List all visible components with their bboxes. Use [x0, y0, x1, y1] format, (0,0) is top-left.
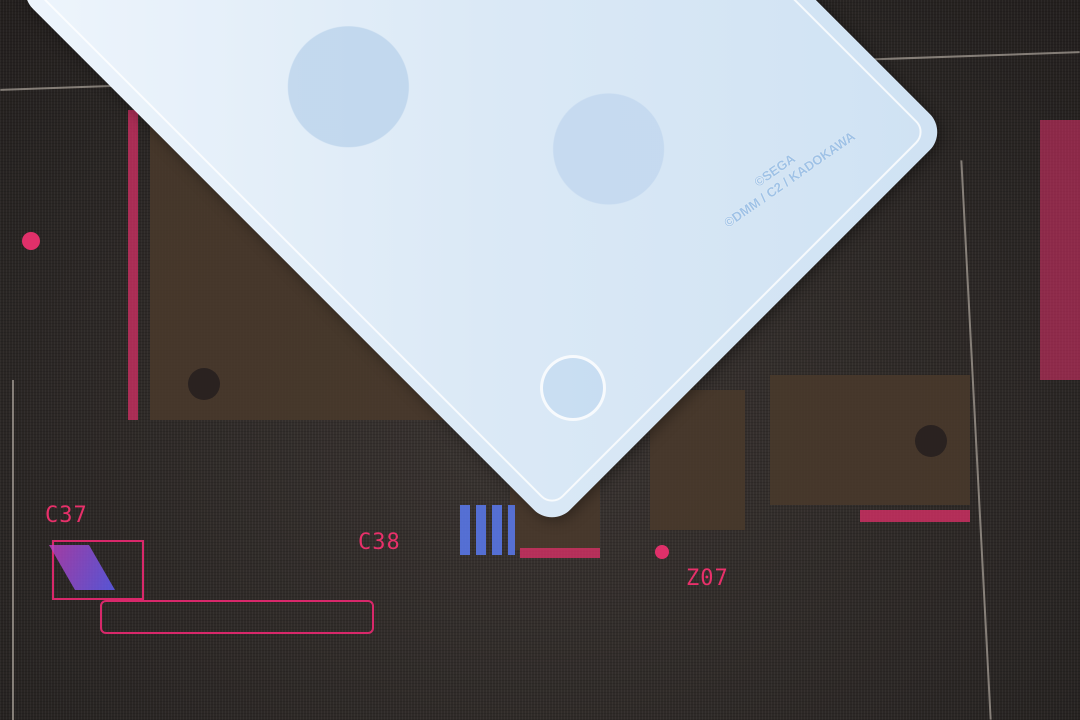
pin-row [520, 548, 600, 558]
silkscreen-label: C37 [45, 503, 88, 528]
chip-dot [915, 425, 947, 457]
connector-outline [100, 600, 374, 634]
pin-row [128, 110, 138, 420]
pin-block [1040, 120, 1080, 380]
chip-dot [188, 368, 220, 400]
via-dot [655, 545, 669, 559]
mat-gridline [12, 380, 14, 720]
via-dot [22, 232, 40, 250]
component-fill [460, 505, 515, 555]
pin-row [860, 510, 970, 522]
silkscreen-label: C38 [358, 530, 401, 555]
card-emblem-icon [540, 355, 606, 421]
silkscreen-label: Z07 [686, 566, 729, 591]
